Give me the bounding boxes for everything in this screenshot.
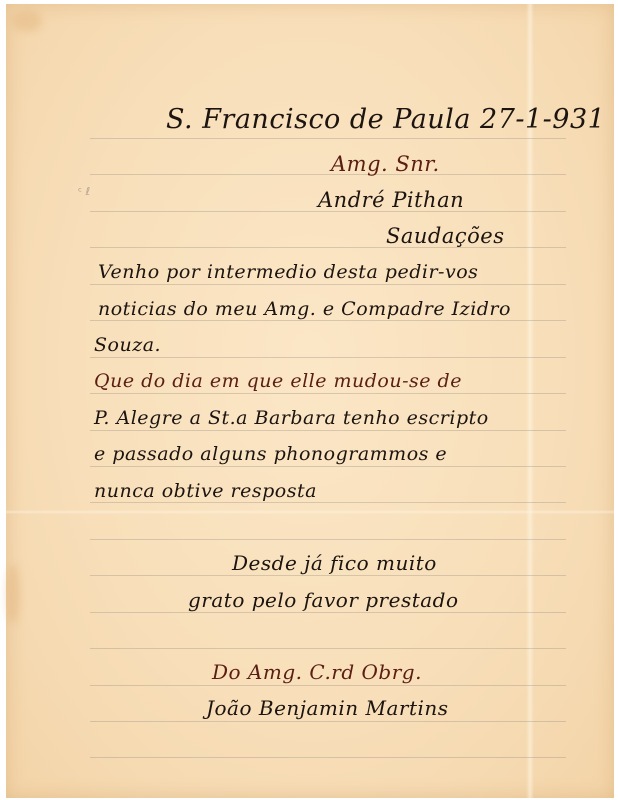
ruled-line (90, 757, 566, 758)
ruled-line (90, 430, 566, 431)
ruled-line (90, 320, 566, 321)
closing-line: grato pelo favor prestado (188, 588, 459, 612)
ruled-line (90, 174, 566, 175)
body-line: Souza. (94, 334, 161, 356)
place-text: S. Francisco de Paula (166, 104, 471, 135)
ruled-line (90, 357, 566, 358)
ruled-line (90, 502, 566, 503)
paper-stain (6, 564, 20, 624)
greeting: Saudações (386, 224, 505, 248)
place-date-line: S. Francisco de Paula 27-1-931 (166, 104, 605, 135)
horizontal-fold-crease (6, 510, 614, 514)
ruled-line (90, 138, 566, 139)
body-line: nunca obtive resposta (94, 480, 317, 502)
ruled-line (90, 685, 566, 686)
paper-stain (12, 10, 42, 32)
body-line: e passado alguns phonogrammos e (94, 443, 447, 465)
ruled-line (90, 284, 566, 285)
pencil-margin-mark: ᶜ ℓ (78, 185, 90, 198)
valediction: Do Amg. C.rd Obrg. (212, 660, 422, 684)
body-line: Que do dia em que elle mudou-se de (94, 370, 462, 392)
ruled-line (90, 393, 566, 394)
date-text: 27-1-931 (480, 104, 605, 135)
signature: João Benjamin Martins (206, 696, 449, 720)
ruled-line (90, 721, 566, 722)
body-line: P. Alegre a St.a Barbara tenho escripto (94, 407, 489, 429)
honorific: Amg. Snr. (331, 152, 440, 176)
letter-paper: ᶜ ℓ S. Francisco de Paula 27-1-931 Amg. … (6, 4, 614, 798)
recipient-name: André Pithan (318, 188, 464, 212)
ruled-line (90, 539, 566, 540)
ruled-line (90, 575, 566, 576)
ruled-line (90, 648, 566, 649)
closing-line: Desde já fico muito (232, 551, 437, 575)
body-line: noticias do meu Amg. e Compadre Izidro (98, 298, 511, 320)
ruled-line (90, 612, 566, 613)
ruled-line (90, 466, 566, 467)
body-line: Venho por intermedio desta pedir-vos (98, 261, 478, 283)
